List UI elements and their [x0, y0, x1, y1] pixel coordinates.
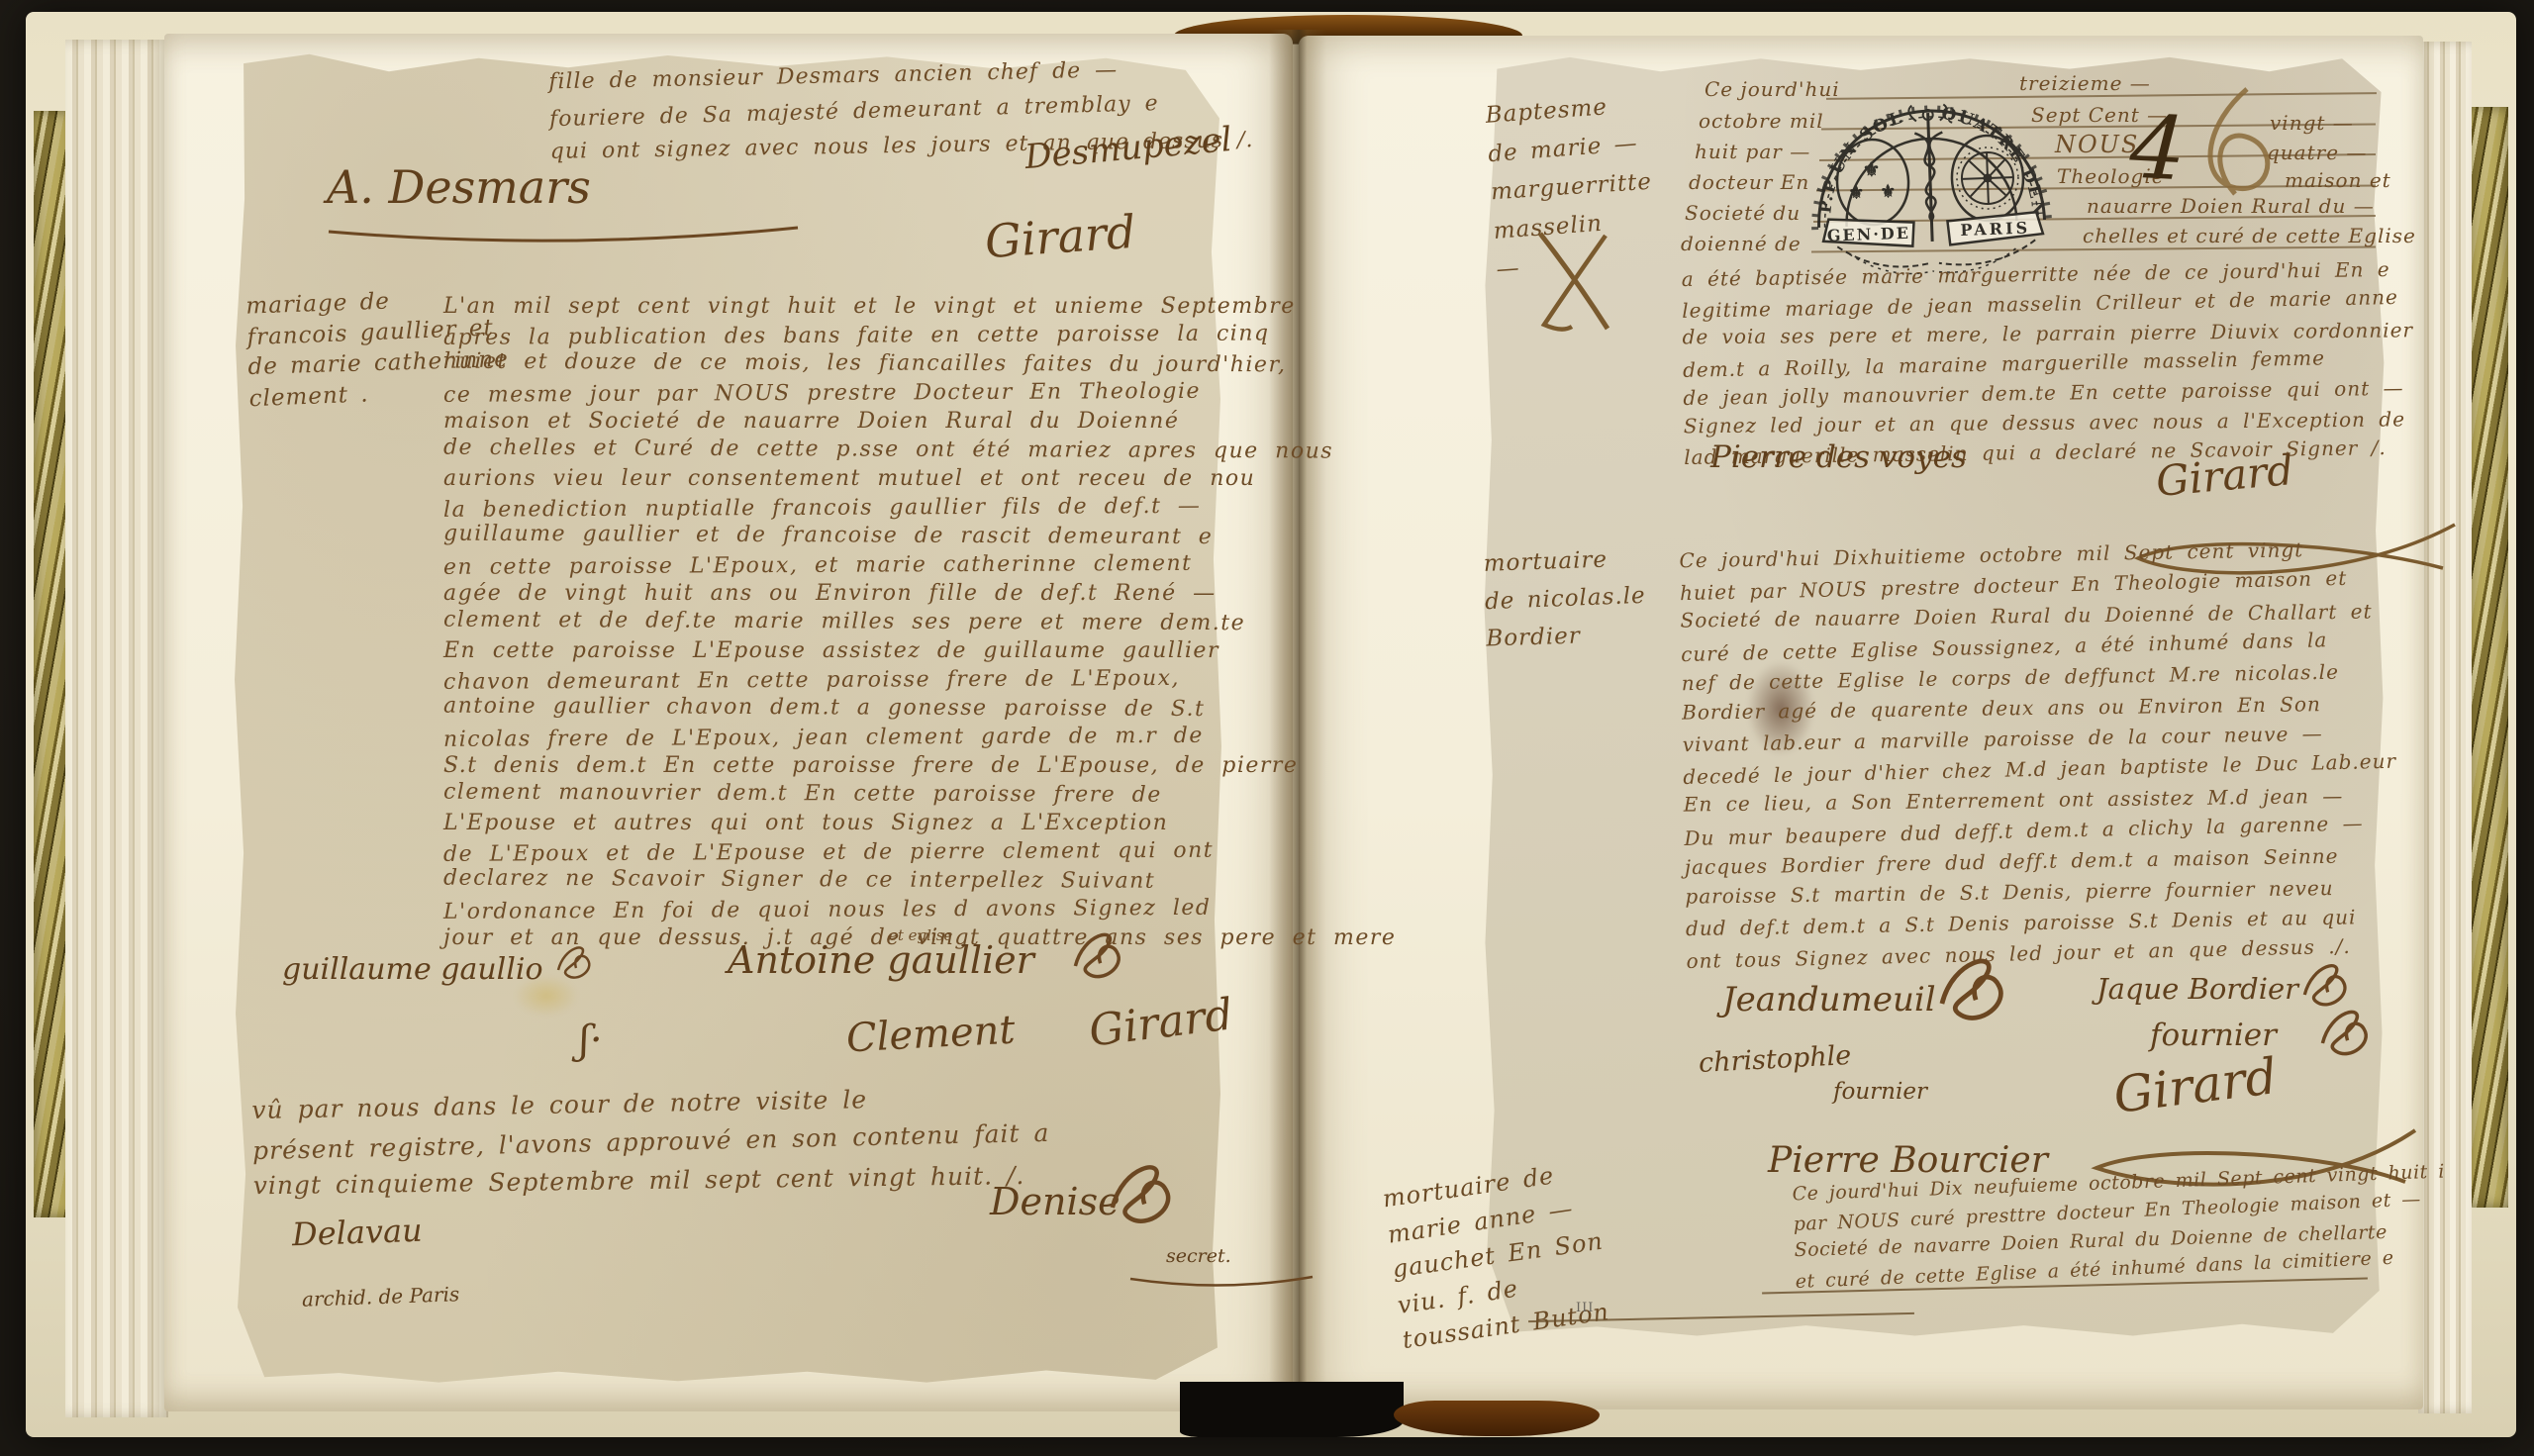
signature-paraph-icon: [1070, 924, 1133, 980]
page-stack-left: [65, 40, 168, 1417]
handwritten-line: agée de vingt huit ans ou Environ fille …: [443, 579, 1512, 608]
signature-secret: secret.: [1166, 1245, 1231, 1267]
handwritten-fragment: huit par —: [1695, 140, 1810, 163]
mortuary1-record-body: Ce jourd'hui Dixhuitieme octobre mil Sep…: [1679, 534, 2388, 975]
handwritten-line: maison et Societé de nauarre Doien Rural…: [443, 407, 1512, 436]
signature-desmars: A. Desmars: [327, 160, 591, 214]
signature-underline-flourish: [327, 222, 802, 247]
flourish-mark: ʃ·: [579, 1018, 603, 1063]
handwritten-line: En cette paroisse L'Epouse assistez de g…: [443, 636, 1512, 665]
signature-fournier: fournier: [2150, 1018, 2277, 1053]
handwritten-fragment: NOUS: [2055, 131, 2139, 158]
fleur-de-lis-icon: ⚜: [1848, 182, 1867, 204]
margin-note-line: mortuaire: [1483, 539, 1645, 583]
marbled-endpaper-right: [2469, 107, 2508, 1208]
mortuary2-margin-note: mortuaire demarie anne —gauchet En Sonvi…: [1381, 1152, 1615, 1358]
signature-paraph-icon: [1934, 947, 2020, 1022]
signature-antoine-gaullier: Antoine gaullier: [728, 938, 1034, 982]
signature-clement: Clement: [845, 1008, 1017, 1062]
handwritten-fragment: doienné de: [1681, 232, 1802, 255]
handwritten-line: aurions vieu leur consentement mutuel et…: [443, 464, 1512, 493]
signature-delavau: Delavau: [291, 1212, 423, 1254]
stamp-banner-right-text: PARIS: [1960, 219, 2030, 240]
book-photo-scene: fille de monsieur Desmars ancien chef de…: [0, 0, 2534, 1456]
signature-paraph-icon: [554, 940, 600, 980]
handwritten-line: en cette paroisse L'Epoux, et marie cath…: [443, 547, 1512, 582]
signature-fournier-small: fournier: [1833, 1079, 1927, 1105]
signature-paraph-icon: [1106, 1154, 1188, 1225]
signature-underline-flourish: [1128, 1273, 1316, 1291]
visa-note: vû par nous dans le cour de notre visite…: [251, 1077, 1050, 1207]
handwritten-line: L'ordonance En foi de quoi nous les d av…: [443, 892, 1512, 926]
signature-jaque-bordier: Jaque Bordier: [2096, 972, 2298, 1006]
signature-guillaume-gaullio: guillaume gaullio: [282, 952, 543, 987]
signature-pierre-des-voyes: Pierre des voyes: [1710, 439, 1967, 475]
handwritten-line: clement manouvrier dem.t En cette parois…: [443, 778, 1512, 812]
mortuary2-record-body: Ce jourd'hui Dix neufuieme octobre mil S…: [1792, 1160, 2389, 1296]
signature-paraph-icon: [2299, 956, 2359, 1008]
stamp-banner-left-text: GEN·DE: [1827, 224, 1911, 245]
x-mark-icon: [1532, 226, 1617, 337]
bottom-gutter-shadow: [1180, 1382, 1404, 1437]
handwritten-line: de chelles et Curé de cette p.sse ont ét…: [443, 434, 1512, 467]
handwritten-fragment: docteur En: [1689, 170, 1809, 194]
handwritten-line: L'an mil sept cent vingt huit et le ving…: [443, 292, 1512, 321]
handwritten-line: L'Epouse et autres qui ont tous Signez a…: [443, 809, 1512, 837]
fleur-de-lis-icon: ⚜: [1862, 157, 1883, 182]
handwritten-line: S.t denis dem.t En cette paroisse frere …: [443, 751, 1512, 780]
signature-jeandumeuil: Jeandumeuil: [1722, 980, 1936, 1019]
mortuary1-margin-note: mortuairede nicolas.leBordier: [1483, 539, 1648, 658]
handwritten-fragment: Societé du: [1685, 201, 1801, 225]
handwritten-line: clement et de def.te marie milles ses pe…: [443, 606, 1512, 639]
signature-denise: Denise: [990, 1180, 1121, 1223]
generalite-de-paris-tax-stamp: P.P.UN SOL QUATRE DEN ⚜ ⚜ ⚜ GEN·DE PARIS: [1803, 71, 2056, 290]
signature-paraph-icon: [2317, 1002, 2381, 1057]
handwritten-line: nicolas frere de L'Epoux, jean clement g…: [443, 720, 1512, 754]
small-mark: III: [1576, 1301, 1594, 1315]
margin-note-line: de nicolas.le: [1484, 577, 1646, 621]
margin-note-line: Bordier: [1486, 616, 1648, 658]
marriage-record-body: L'an mil sept cent vingt huit et le ving…: [443, 292, 1512, 952]
handwritten-fragment: chelles et curé de cette Eglise: [2083, 224, 2416, 247]
handwritten-line: ce mesme jour par NOUS prestre Docteur E…: [443, 375, 1512, 410]
fleur-de-lis-icon: ⚜: [1880, 181, 1899, 203]
ink-flourish-icon: [2178, 83, 2306, 200]
page-stack-right: [2418, 42, 2472, 1413]
signature-girard-header: Girard: [983, 205, 1137, 268]
